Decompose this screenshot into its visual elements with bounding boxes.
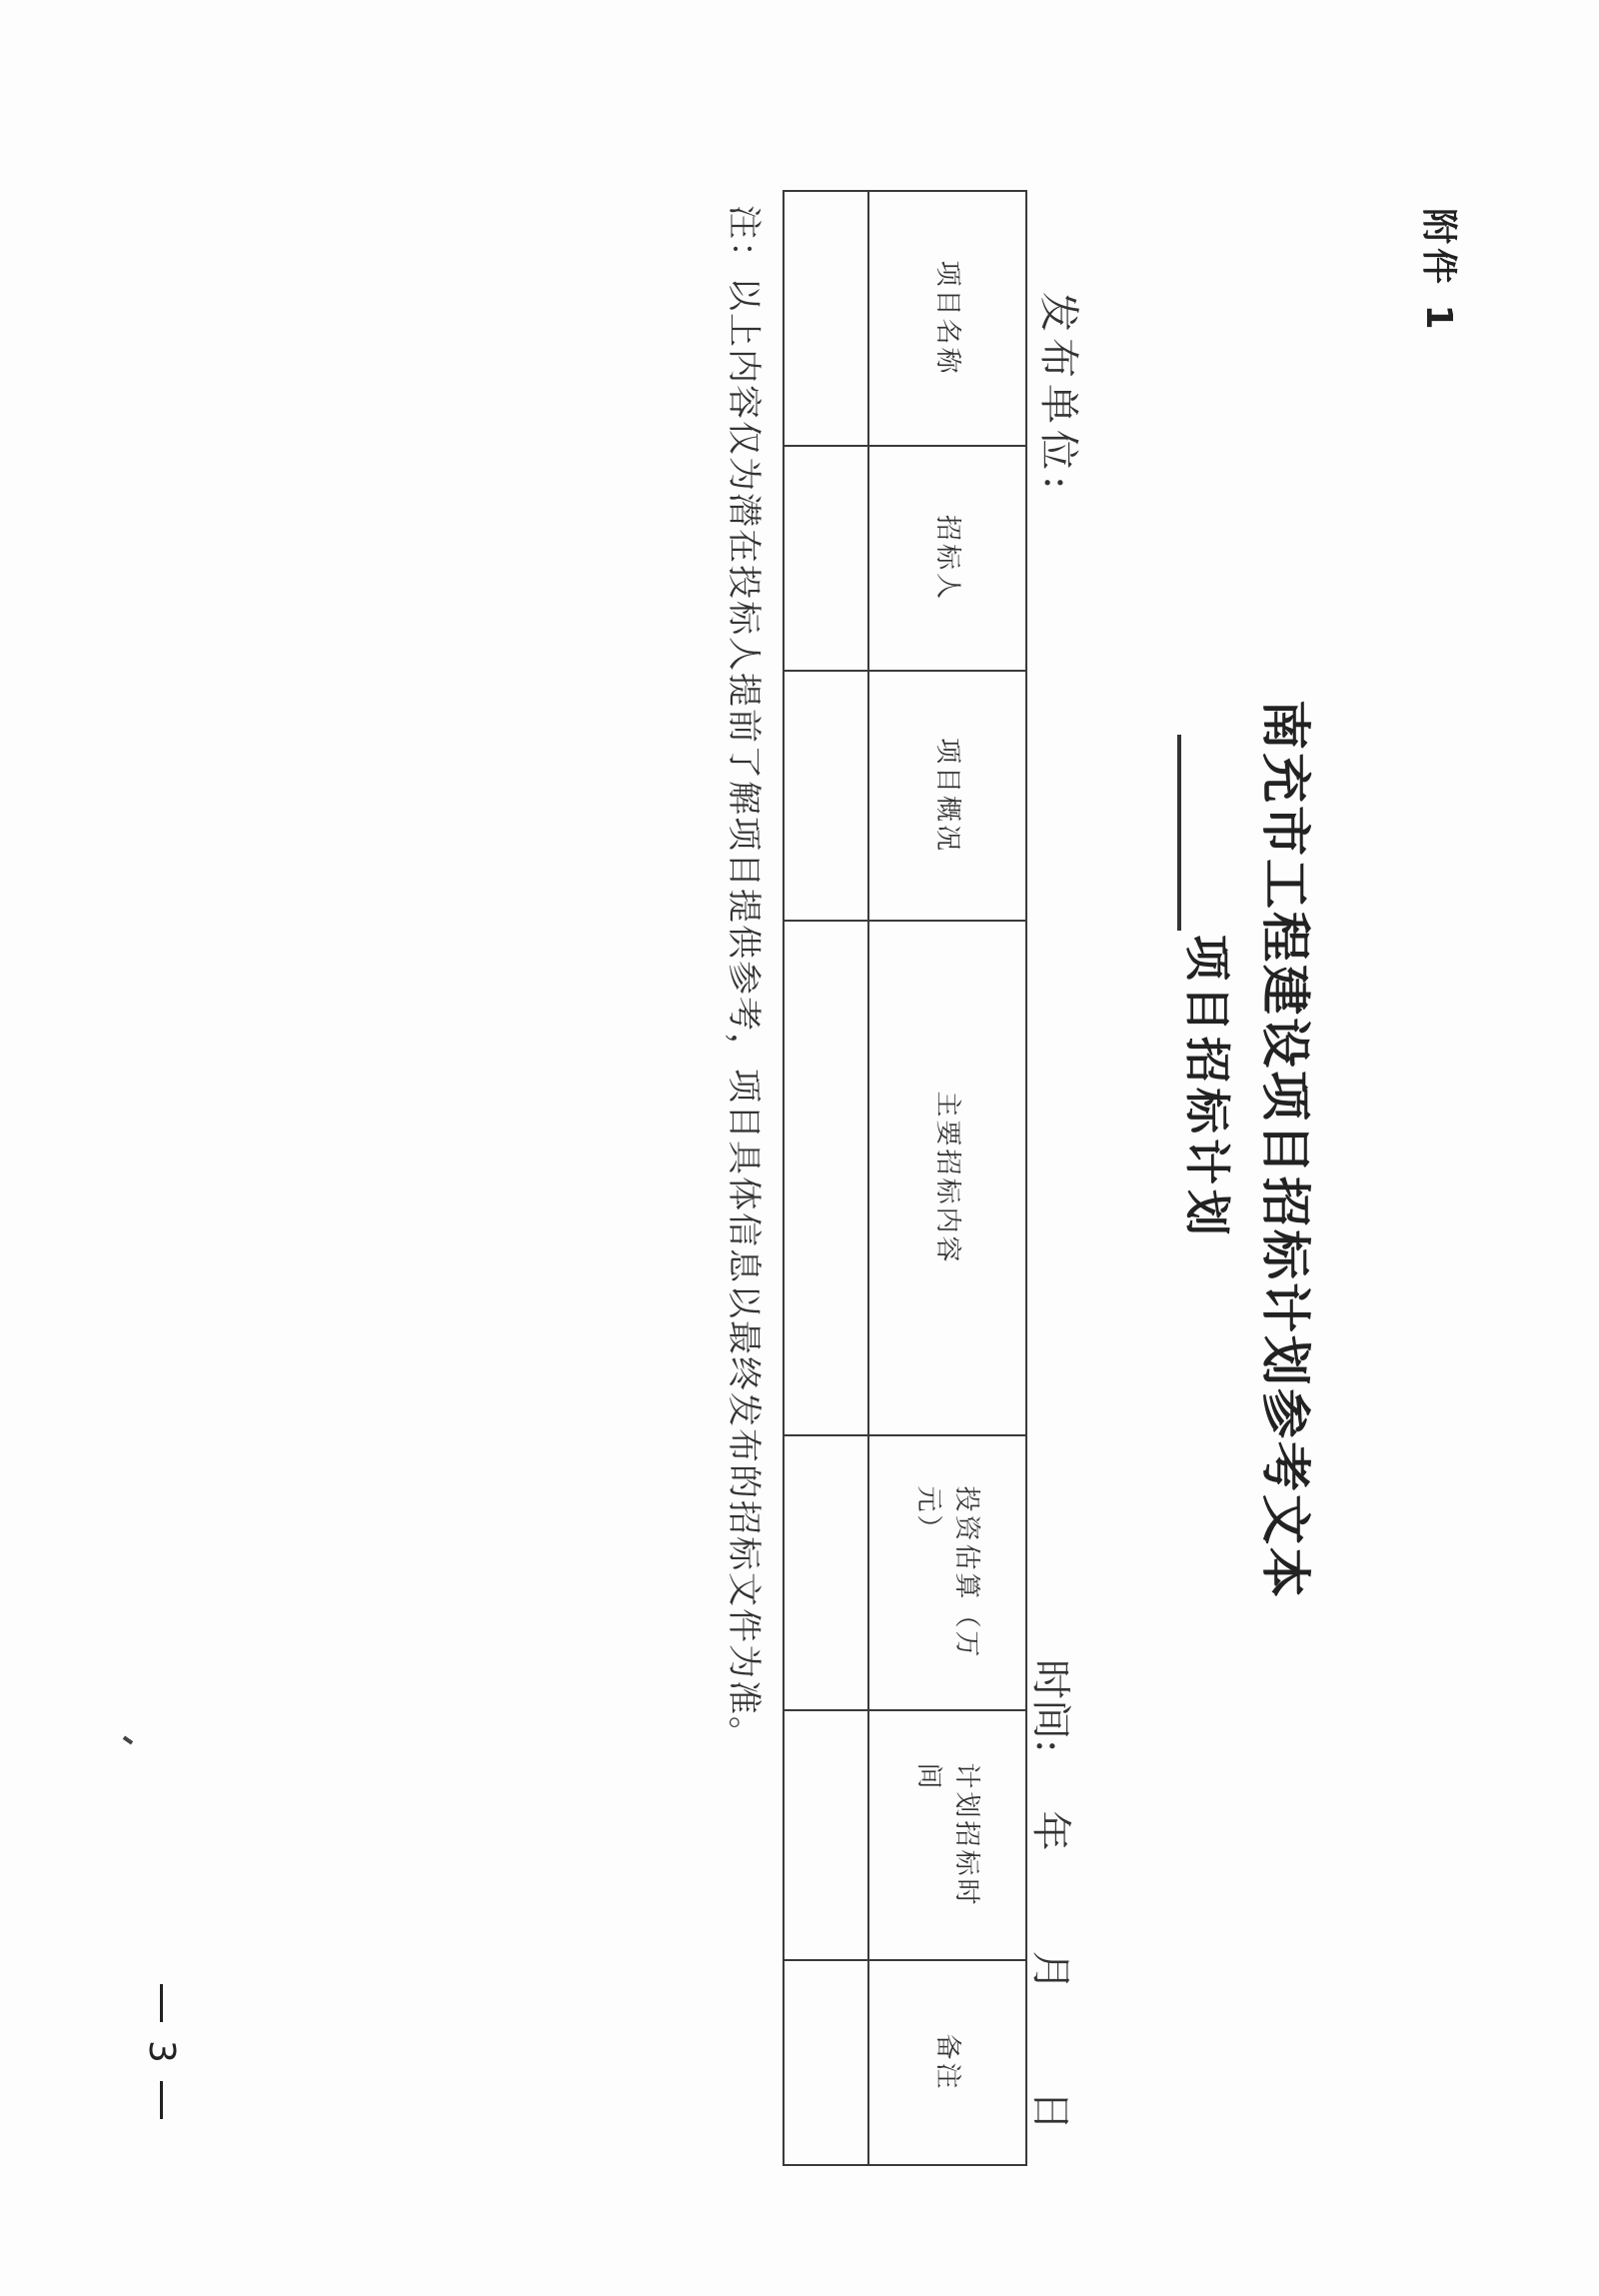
page-number: 3 (141, 1984, 182, 2119)
header-label-line1: 计划招标时 (947, 1762, 985, 1907)
document-subtitle: 项目招标计划 (1181, 935, 1233, 1240)
header-remarks: 备注 (868, 1960, 1026, 2165)
header-tenderer: 招标人 (868, 446, 1026, 671)
table-header-row: 项目名称 招标人 项目概况 主要招标内容 投资估算（万 元） 计划招标时 间 (868, 191, 1026, 2165)
table-row (784, 191, 868, 2165)
tender-plan-table: 项目名称 招标人 项目概况 主要招标内容 投资估算（万 元） 计划招标时 间 (783, 190, 1027, 2166)
dash-icon (160, 2081, 163, 2119)
scan-speck (123, 1735, 133, 1744)
cell-tenderer (784, 446, 868, 671)
header-project-overview: 项目概况 (868, 671, 1026, 921)
header-label-line2: 元） (909, 1485, 947, 1659)
header-main-tender-content: 主要招标内容 (868, 921, 1026, 1435)
date-line: 时间: 年 月 日 (1027, 1659, 1073, 2130)
dash-icon (160, 1984, 163, 2022)
publisher-label: 发布单位: (1035, 292, 1081, 495)
header-label: 主要招标内容 (928, 1091, 966, 1264)
scanned-document-page: 附件 1 南充市工程建设项目招标计划参考文本 项目招标计划 发布单位: 时间: … (0, 0, 1599, 2296)
header-investment-estimate: 投资估算（万 元） (868, 1435, 1026, 1710)
header-label: 项目名称 (928, 260, 966, 376)
footnote: 注：以上内容仅为潜在投标人提前了解项目提供参考，项目具体信息以最终发布的招标文件… (724, 205, 764, 1752)
header-label-line1: 投资估算（万 (947, 1485, 985, 1659)
header-label: 招标人 (928, 515, 966, 602)
cell-project-overview (784, 671, 868, 921)
cell-project-name (784, 191, 868, 446)
project-name-blank-underline (1177, 735, 1181, 931)
cell-main-tender-content (784, 921, 868, 1435)
date-month: 月 (1027, 1950, 1073, 1990)
document-title: 南充市工程建设项目招标计划参考文本 (1257, 700, 1313, 1639)
header-planned-tender-time: 计划招标时 间 (868, 1710, 1026, 1960)
header-project-name: 项目名称 (868, 191, 1026, 446)
header-label: 备注 (928, 2033, 966, 2091)
cell-remarks (784, 1960, 868, 2165)
attachment-label: 附件 1 (1416, 208, 1467, 334)
date-label: 时间: (1027, 1659, 1073, 1752)
date-day: 日 (1027, 2090, 1073, 2130)
cell-investment-estimate (784, 1435, 868, 1710)
header-label: 项目概况 (928, 738, 966, 854)
date-year: 年 (1027, 1810, 1073, 1850)
page-number-value: 3 (141, 2040, 182, 2063)
header-label-line2: 间 (909, 1762, 947, 1907)
cell-planned-tender-time (784, 1710, 868, 1960)
